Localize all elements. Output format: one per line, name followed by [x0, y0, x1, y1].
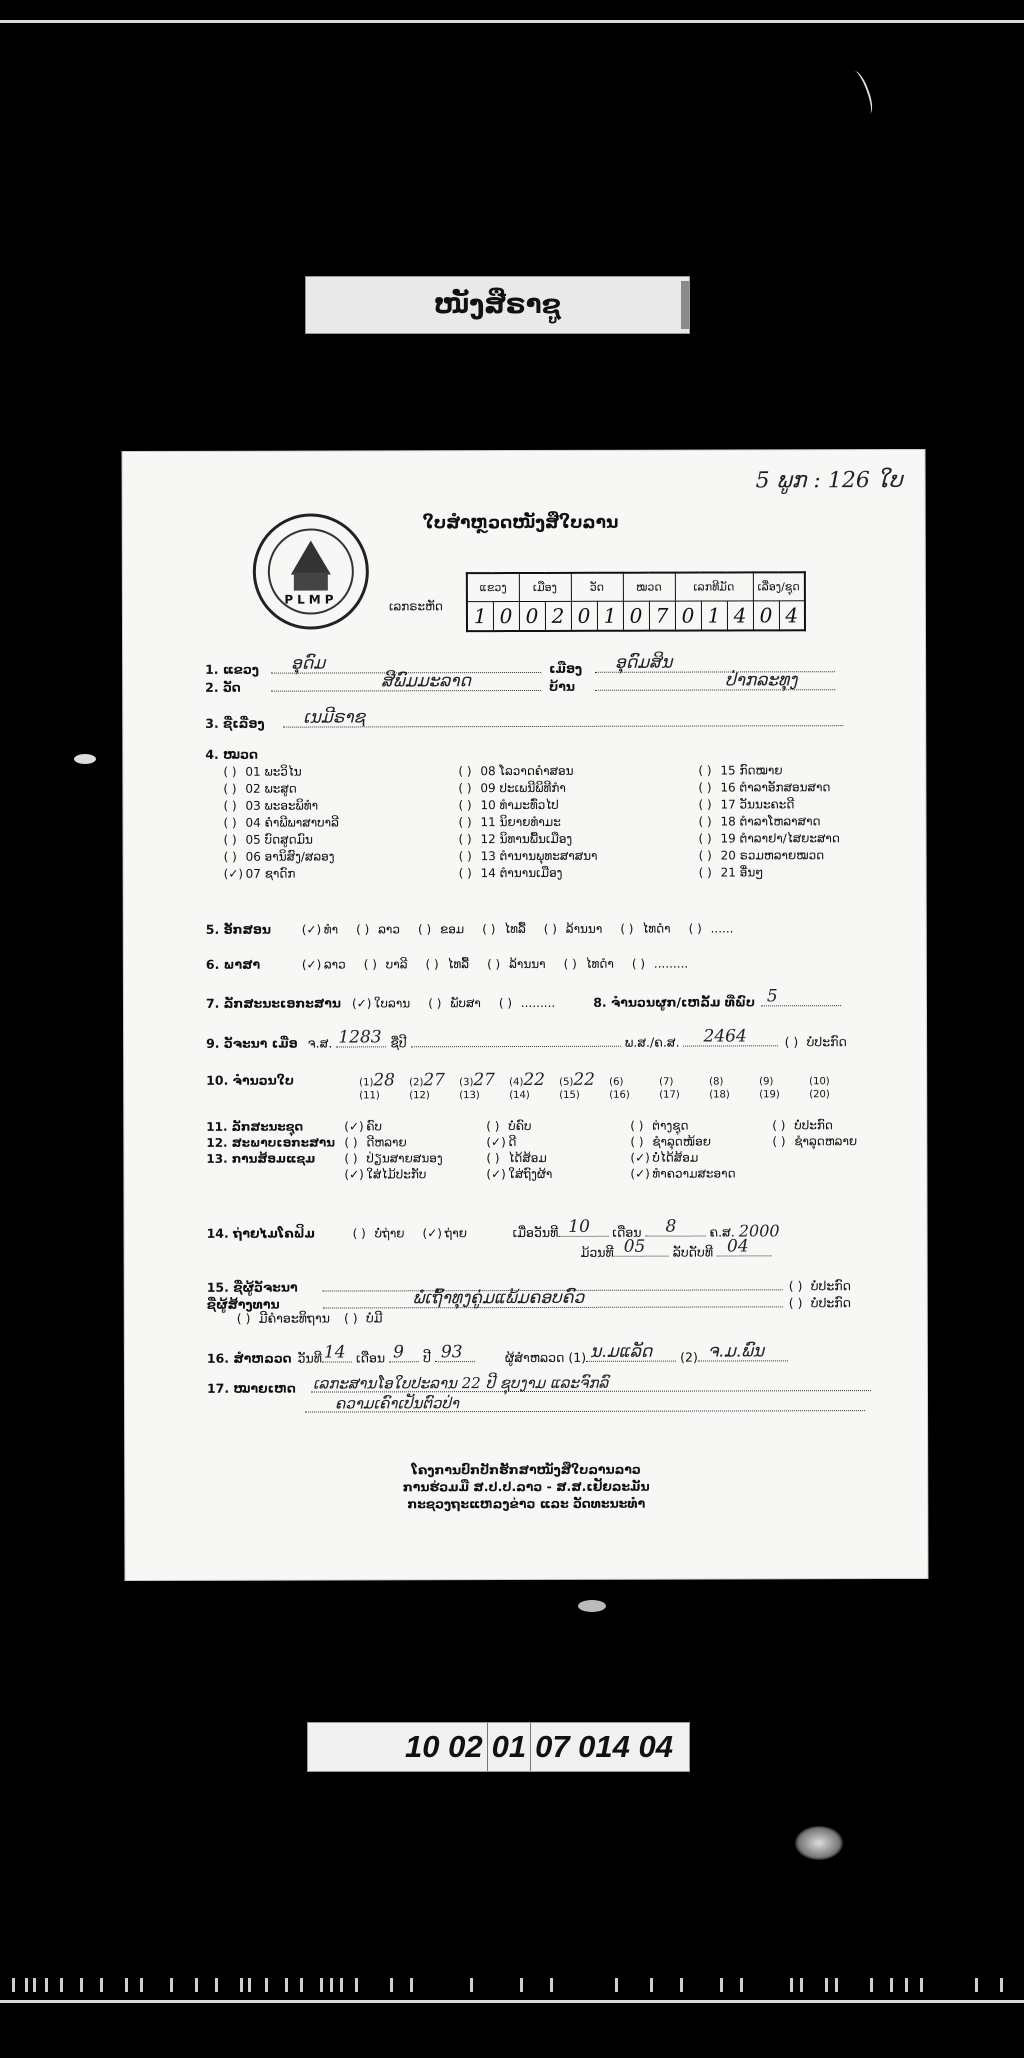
- category-option: 14 ຕຳນານເມືອງ: [459, 866, 699, 881]
- option-label: ບໍ່ຖ່າຍ: [375, 1226, 405, 1240]
- film-sprocket-marks: [0, 1978, 1024, 1998]
- leaf-count-cell: (18): [709, 1089, 759, 1100]
- bundle-number: (3): [459, 1077, 473, 1088]
- leaf-count-value: 22: [573, 1070, 595, 1090]
- roll-label: ມ້ວນທີ: [581, 1245, 614, 1260]
- option: ລາວ: [302, 957, 346, 971]
- category-option-label: 07 ຊາດົກ: [246, 867, 296, 881]
- category-option-label: 15 ກົດໝາຍ: [720, 763, 782, 777]
- survey-month-label: ເດືອນ: [356, 1350, 385, 1365]
- film-speck: [74, 754, 96, 764]
- field-label: 5. ອັກສອນ: [206, 922, 296, 937]
- option: ໄທລື້: [425, 957, 469, 971]
- option-checkbox: [425, 957, 447, 971]
- id-header-cell: ເມືອງ: [519, 573, 571, 601]
- temple-base: [294, 573, 328, 591]
- leaf-count-cell: (13): [459, 1090, 509, 1101]
- id-digit-cell: 0: [675, 601, 701, 631]
- option-label: ລ້ານນາ: [509, 957, 546, 971]
- donor-value: ພໍເຖົ້າທຸງຄູ່ມແພ້ມຄອບຄົວ: [413, 1288, 584, 1308]
- donor-field: ພໍເຖົ້າທຸງຄູ່ມແພ້ມຄອບຄົວ: [323, 1291, 783, 1308]
- category-checkbox: [698, 797, 720, 811]
- leaf-count-cell: (19): [759, 1089, 809, 1100]
- id-digit-cell: 1: [597, 601, 623, 631]
- id-digit-cell: 0: [519, 601, 545, 631]
- option: ພັບສາ: [428, 996, 481, 1010]
- unknown-checkbox: [789, 1295, 811, 1310]
- handwritten-note: 5 ພູກ : 126 ໃບ: [756, 468, 903, 493]
- survey-day-field: 14: [322, 1346, 352, 1362]
- category-option: 06 ອານິສົງ/ສລອງ: [224, 849, 459, 864]
- field-date-row: 9. ວັຈະນາ ເມື່ອ ຈ.ສ. 1283 ຊື່ປີ ພ.ສ./ຄ.ສ…: [206, 1030, 847, 1051]
- bundle-count-field: 5: [761, 990, 841, 1006]
- bundle-number: (4): [509, 1077, 523, 1088]
- option: ບໍ່ຖ່າຍ: [353, 1226, 405, 1240]
- category-option-label: 08 ໂລວາດຄຳສອນ: [480, 764, 573, 778]
- field-remarks-row-2: ຄວາມເຄົາເປັນຕົວປ່າ: [305, 1395, 865, 1412]
- category-option-label: 12 ນິທານພື້ນເມືອງ: [481, 832, 573, 846]
- option-label: ດີ: [508, 1135, 516, 1149]
- bundle-count-value: 5: [767, 986, 778, 1006]
- leaf-count-cell: (20): [809, 1089, 859, 1100]
- option-checkbox: [423, 1226, 445, 1240]
- logo-text: PLMP: [284, 592, 337, 606]
- category-option: 09 ປະເພນີພິທີກຳ: [458, 781, 698, 796]
- sprocket-mark: [340, 1978, 343, 1992]
- option: ລ້ານນາ: [544, 922, 603, 936]
- survey-month-value: 9: [393, 1342, 404, 1362]
- category-checkbox: [458, 764, 480, 778]
- field-microfilm-row: 14. ຖ່າຍໄມໂຄຟິມ ບໍ່ຖ່າຍຖ່າຍ ເມື່ອວັນທີ 1…: [207, 1220, 780, 1242]
- film-dust-blob: [795, 1826, 843, 1860]
- manuscript-title-value: ເນມີຣາຊ: [303, 707, 365, 727]
- bundle-number: (6): [609, 1077, 623, 1088]
- category-checkbox: [458, 781, 480, 795]
- category-option: 08 ໂລວາດຄຳສອນ: [458, 764, 698, 779]
- id-digit-cell: 4: [779, 600, 805, 630]
- option-label: ໄທດຳ: [642, 922, 670, 936]
- option-label: ບໍ່ຄົບ: [508, 1119, 531, 1133]
- unknown-checkbox: [785, 1034, 807, 1049]
- sprocket-mark: [80, 1978, 83, 1992]
- footer-line: ການຮ່ວມມື ສ.ປ.ປ.ລາວ - ສ.ສ.ເຢັຍລະມັນ: [125, 1477, 927, 1496]
- leaf-count-cell: (16): [609, 1090, 659, 1101]
- category-option: 16 ຕຳລາອັກສອນສາດ: [698, 780, 898, 795]
- reel-title-label: ໜັງສືຣາຊູ: [305, 276, 690, 334]
- option: ຊຳລຸດຫລາຍ: [772, 1134, 892, 1148]
- option-checkbox: [630, 1135, 652, 1149]
- option-checkbox: [772, 1134, 794, 1148]
- leaf-count-value: 22: [523, 1070, 545, 1090]
- id-digit-cell: 1: [701, 600, 727, 630]
- category-option-label: 13 ຕຳນານພຸທະສາສນາ: [481, 849, 598, 863]
- reel-title-text: ໜັງສືຣາຊູ: [434, 290, 561, 320]
- logo-inner: PLMP: [268, 528, 354, 614]
- option-checkbox: [356, 922, 378, 936]
- leaf-count-cell: (15): [559, 1090, 609, 1101]
- category-option: 02 ພະສູດ: [223, 781, 458, 796]
- option: .........: [499, 996, 555, 1010]
- id-digit-cell: 1: [467, 601, 493, 631]
- microfilm-options: ບໍ່ຖ່າຍຖ່າຍ: [353, 1225, 513, 1240]
- id-digit-cell: 0: [623, 601, 649, 631]
- category-option-label: 05 ບົດສູດມົນ: [246, 833, 313, 847]
- id-digit-cell: 7: [649, 601, 675, 631]
- option-checkbox: [630, 1119, 652, 1133]
- survey-year-value: 93: [441, 1342, 463, 1362]
- field-label: ເມືອງ: [549, 661, 589, 676]
- sprocket-mark: [870, 1978, 873, 1992]
- survey-day-value: 14: [324, 1342, 346, 1362]
- language-options: ລາວບາລີໄທລື້ລ້ານນາໄທດຳ.........: [302, 956, 706, 972]
- field-label: 8. ຈຳນວນຜູກ/ເຫລັ້ມ ທີ່ພົບ: [593, 994, 755, 1009]
- option-label: ໄທດຳ: [586, 957, 614, 971]
- category-option: 21 ອື່ນໆ: [699, 865, 899, 880]
- temple-field: ສີພົມມະລາດ: [271, 675, 541, 692]
- category-checkbox: [698, 763, 720, 777]
- field-label: 12. ສະພາບເອກະສານ: [206, 1135, 344, 1149]
- survey-day-label: ວັນທີ: [298, 1351, 322, 1366]
- option-checkbox: [632, 957, 654, 971]
- leaf-count-cell: (12): [409, 1090, 459, 1101]
- category-option: 15 ກົດໝາຍ: [698, 763, 898, 778]
- bundle-number: (7): [659, 1077, 673, 1088]
- remarks-line-2: ຄວາມເຄົາເປັນຕົວປ່າ: [305, 1395, 865, 1412]
- leaf-count-cell: (3)27: [459, 1070, 509, 1090]
- option: ທຳ: [302, 922, 338, 936]
- option-checkbox: [344, 1167, 366, 1181]
- survey-year-field: 93: [435, 1346, 475, 1362]
- id-digit-cell: 4: [727, 600, 753, 630]
- field-doctype-row: 7. ລັກສະນະເອກະສານ ໃບລານພັບສາ......... 8.…: [206, 990, 841, 1011]
- reel-id-segment: 07 014 04: [531, 1723, 677, 1771]
- prayer-label: ມີຄຳອະທິຖານ: [259, 1311, 330, 1326]
- option-label: ໃສ່ໄມ້ປະກັບ: [366, 1167, 426, 1181]
- surveyor2-field: ຈ.ມ.ພົນ: [698, 1345, 788, 1361]
- id-header-cell: ເລື່ອງ/ຊຸດ: [753, 572, 805, 600]
- category-checkbox: [224, 833, 246, 847]
- option-label: ລາວ: [324, 957, 346, 971]
- option: ໃບລານ: [352, 996, 410, 1010]
- sprocket-mark: [215, 1978, 218, 1992]
- category-option: 10 ທຳມະທົ່ວໄປ: [458, 798, 698, 813]
- sprocket-mark: [60, 1978, 63, 1992]
- option: ໄທລື້: [482, 922, 526, 936]
- option-label: ຄົບ: [366, 1119, 382, 1133]
- be-year-field: 2464: [684, 1030, 779, 1046]
- option-checkbox: [486, 1151, 508, 1165]
- category-checkbox: [699, 865, 721, 879]
- category-option-label: 06 ອານິສົງ/ສລອງ: [246, 849, 335, 863]
- sprocket-mark: [740, 1978, 743, 1992]
- temple-value: ສີພົມມະລາດ: [381, 671, 471, 691]
- option-checkbox: [428, 996, 450, 1010]
- province-value: ອຸດົມ: [291, 654, 325, 674]
- leaf-count-cell: (10): [809, 1069, 859, 1089]
- no-prayer-label: ບໍ່ມີ: [366, 1310, 383, 1325]
- category-option: 20 ຣວມຫລາຍໝວດ: [699, 848, 899, 863]
- field-label: 2. ວັດ: [205, 680, 265, 695]
- sprocket-mark: [33, 1978, 36, 1992]
- option: .........: [632, 957, 688, 971]
- category-checkbox: [698, 780, 720, 794]
- option-label: ຊຳລຸດຫລາຍ: [794, 1134, 857, 1148]
- sequence-label: ລັບດັບທີ: [673, 1245, 713, 1260]
- option: ບໍ່ປະກົດ: [772, 1118, 892, 1132]
- sequence-value: 04: [727, 1236, 749, 1256]
- option-label: ບາລີ: [386, 957, 408, 971]
- field-survey-row: 16. ສຳຫລວດ ວັນທີ 14 ເດືອນ 9 ປີ 93 ຜູ້ສຳຫ…: [207, 1345, 788, 1366]
- leaf-count-cell: (8): [709, 1069, 759, 1089]
- sprocket-mark: [520, 1978, 523, 1992]
- sprocket-mark: [320, 1978, 323, 1992]
- id-digit-cell: 0: [753, 600, 779, 630]
- sprocket-mark: [45, 1978, 48, 1992]
- film-day-value: 10: [568, 1217, 590, 1237]
- field-category-row: 4. ໝວດ: [205, 747, 264, 762]
- category-checkbox: [223, 765, 245, 779]
- field-title-row: 3. ຊື່ເລື່ອງ ເນມີຣາຊ: [205, 710, 843, 731]
- surveyor2-value: ຈ.ມ.ພົນ: [708, 1341, 764, 1361]
- leaf-count-cell: (11): [359, 1090, 409, 1101]
- sprocket-mark: [12, 1978, 15, 1992]
- cs-year-field: 1283: [336, 1031, 386, 1047]
- option-checkbox: [353, 1226, 375, 1240]
- zodiac-label: ຊື່ປີ: [390, 1035, 406, 1050]
- category-option: 04 ຄຳພີພາສາບາລີ: [223, 815, 458, 830]
- id-digit-row: 1002010701404: [467, 600, 805, 631]
- category-checkbox: [699, 848, 721, 862]
- field-donor-row: ຊື່ຜູ້ສ້າງທານ ພໍເຖົ້າທຸງຄູ່ມແພ້ມຄອບຄົວ ບ…: [207, 1291, 851, 1312]
- option-label: ໃບລານ: [374, 996, 410, 1010]
- id-header-cell: ແຂວງ: [467, 573, 519, 601]
- category-checkbox: [699, 831, 721, 845]
- option-label: ໄທລື້: [504, 922, 526, 936]
- doctype-options: ໃບລານພັບສາ.........: [352, 995, 573, 1011]
- form-title: ໃບສຳຫຼວດໜັງສືໃບລານ: [423, 513, 619, 534]
- option-checkbox: [302, 923, 324, 937]
- field-label: 9. ວັຈະນາ ເມື່ອ: [206, 1036, 298, 1051]
- sprocket-mark: [825, 1978, 828, 1992]
- option-checkbox: [544, 922, 566, 936]
- field-label: 6. ພາສາ: [206, 957, 296, 972]
- sprocket-mark: [355, 1978, 358, 1992]
- id-digit-cell: 0: [493, 601, 519, 631]
- sequence-field: 04: [717, 1240, 772, 1256]
- option-checkbox: [486, 1135, 508, 1149]
- be-era-label: ພ.ສ./ຄ.ສ.: [625, 1035, 680, 1050]
- category-option: 07 ຊາດົກ: [224, 866, 459, 881]
- category-option-label: 09 ປະເພນີພິທີກຳ: [480, 781, 565, 795]
- leaf-count-cell: (1)28: [359, 1070, 409, 1090]
- option-checkbox: [564, 957, 586, 971]
- field-prayer-row: ມີຄຳອະທິຖານ ບໍ່ມີ: [237, 1310, 383, 1325]
- field-label: 7. ລັກສະນະເອກະສານ: [206, 995, 346, 1010]
- survey-month-field: 9: [389, 1346, 419, 1362]
- reel-id-segment: 10 02: [401, 1723, 488, 1771]
- option-checkbox: [344, 1151, 366, 1165]
- form-footer: ໂຄງການປົກປັກຮັກສາໜັງສືໃບລານລາວ ການຮ່ວມມື…: [125, 1460, 927, 1513]
- field-script-row: 5. ອັກສອນ ທຳລາວຂອມໄທລື້ລ້ານນາໄທດຳ......: [206, 920, 752, 936]
- option-label: ໃສ່ຖົງຜ້າ: [508, 1167, 552, 1181]
- option: ບໍ່ໄດ້ສ້ອມ: [630, 1150, 772, 1164]
- leaf-count-value: 28: [373, 1070, 395, 1090]
- sprocket-mark: [920, 1978, 923, 1992]
- field-label: 4. ໝວດ: [205, 747, 258, 762]
- field-temple-row: 2. ວັດ ສີພົມມະລາດ ບ້ານ ປ່າກລະທຸງ: [205, 674, 835, 695]
- sprocket-mark: [680, 1978, 683, 1992]
- option-checkbox: [689, 922, 711, 936]
- option: ລ້ານນາ: [487, 957, 546, 971]
- bundle-number: (10): [809, 1076, 830, 1087]
- option-checkbox: [486, 1167, 508, 1181]
- bundle-number: (2): [409, 1077, 423, 1088]
- option-checkbox: [352, 996, 374, 1010]
- category-checkbox: [458, 798, 480, 812]
- category-option-label: 19 ຕຳລາຢາ/ໄສຍະສາດ: [721, 831, 840, 845]
- category-option-label: 01 ພະວິໄນ: [245, 765, 301, 779]
- sprocket-mark: [1000, 1978, 1003, 1992]
- option-label: ລາວ: [378, 922, 400, 936]
- category-option: 03 ພະອະພິທຳ: [223, 798, 458, 813]
- option-label: ໄດ້ສ້ອມ: [508, 1151, 546, 1165]
- option-label: ......: [711, 921, 734, 935]
- village-value: ປ່າກລະທຸງ: [725, 670, 797, 690]
- field-label: 14. ຖ່າຍໄມໂຄຟິມ: [207, 1225, 347, 1240]
- option-checkbox: [620, 922, 642, 936]
- category-option-label: 11 ນິຍາຍທຳມະ: [480, 815, 560, 829]
- sprocket-mark: [615, 1978, 618, 1992]
- leaf-count-cell: (4)22: [509, 1070, 559, 1090]
- bundle-number: (9): [759, 1076, 773, 1087]
- field-label: 11. ລັກສະນະຊຸດ: [206, 1119, 344, 1133]
- sprocket-mark: [650, 1978, 653, 1992]
- film-top-edge: [0, 20, 1024, 23]
- cs-year-value: 1283: [338, 1027, 381, 1047]
- film-speck: [578, 1600, 606, 1612]
- roll-value: 05: [624, 1237, 646, 1257]
- option: ຂອມ: [418, 922, 464, 936]
- option: ໄທດຳ: [620, 922, 670, 936]
- bundle-number: (5): [559, 1077, 573, 1088]
- category-checkbox: [223, 782, 245, 796]
- sprocket-mark: [285, 1978, 288, 1992]
- category-checkbox: [459, 832, 481, 846]
- footer-line: ໂຄງການປົກປັກຮັກສາໜັງສືໃບລານລາວ: [125, 1460, 927, 1479]
- sprocket-mark: [905, 1978, 908, 1992]
- field-label: 17. ໝາຍເຫດ: [207, 1381, 305, 1396]
- leaf-count-grid: (1)28(2)27(3)27(4)22(5)22(6)(7)(8)(9)(10…: [359, 1069, 859, 1101]
- leaf-count-cell: (17): [659, 1090, 709, 1101]
- prayer-checkbox: [237, 1311, 259, 1326]
- option-label: ບໍ່ປະກົດ: [794, 1118, 833, 1132]
- leaf-count-cell: (14): [509, 1090, 559, 1101]
- field-label: 16. ສຳຫລວດ: [207, 1351, 292, 1366]
- plmp-logo-icon: PLMP: [253, 513, 369, 629]
- sprocket-mark: [800, 1978, 803, 1992]
- sprocket-mark: [390, 1978, 393, 1992]
- surveyor-no: (2): [680, 1350, 698, 1365]
- category-checkbox: [224, 867, 246, 881]
- remarks-value-1: ເລກະສານໂອໃບປະລານ 22 ປີ ຊຸບງາມ ແລະຈົກລົ: [313, 1374, 608, 1393]
- field-label: 1. ແຂວງ: [205, 662, 265, 677]
- sprocket-mark: [248, 1978, 251, 1992]
- option: ໃສ່ໄມ້ປະກັບ: [344, 1167, 486, 1181]
- leaf-count-cell: (5)22: [559, 1070, 609, 1090]
- film-month-field: 8: [645, 1221, 705, 1237]
- option: ປ່ຽນສາຍສນອງ: [344, 1151, 486, 1165]
- option: ຄົບ: [344, 1119, 486, 1133]
- leaf-count-value: 27: [473, 1070, 495, 1090]
- option-label: ບໍ່ໄດ້ສ້ອມ: [652, 1151, 698, 1165]
- zodiac-field: [411, 1031, 621, 1048]
- field-label: ຊື່ຜູ້ສ້າງທານ: [207, 1297, 317, 1312]
- category-option: 17 ວັນນະຄະດີ: [698, 797, 898, 812]
- option: ຕ່າງຊຸດ: [630, 1118, 772, 1132]
- reel-id-label: 10 02 01 07 014 04: [307, 1722, 690, 1772]
- option: ຖ່າຍ: [423, 1226, 468, 1240]
- sprocket-mark: [240, 1978, 243, 1992]
- ref-code-label: ເລກຣະຫັດ: [389, 599, 443, 613]
- option: ດີ: [486, 1135, 630, 1149]
- id-header-row: ແຂວງເມືອງວັດໝວດເລກທີມັດເລື່ອງ/ຊຸດ: [467, 572, 805, 601]
- field-remarks-row: 17. ໝາຍເຫດ ເລກະສານໂອໃບປະລານ 22 ປີ ຊຸບງາມ…: [207, 1375, 871, 1396]
- option-label: ຊຳລຸດໜ້ອຍ: [652, 1135, 711, 1149]
- option-label: ຂອມ: [440, 922, 464, 936]
- surveyor1-value: ນ.ມແລັດ: [590, 1342, 652, 1362]
- option: ໄດ້ສ້ອມ: [486, 1151, 630, 1165]
- sprocket-mark: [550, 1978, 553, 1992]
- field-leaves-row: 10. ຈຳນວນໃບ: [206, 1073, 300, 1088]
- option-checkbox: [630, 1167, 652, 1181]
- category-option: 12 ນິທານພື້ນເມືອງ: [459, 832, 699, 847]
- option-label: ພັບສາ: [450, 996, 481, 1010]
- field-label: 13. ການສ້ອມແຊມ: [206, 1151, 344, 1165]
- id-header-cell: ໝວດ: [623, 573, 675, 601]
- category-checkbox: [459, 849, 481, 863]
- option-label: ໄທລື້: [447, 957, 469, 971]
- id-code-table: ແຂວງເມືອງວັດໝວດເລກທີມັດເລື່ອງ/ຊຸດ 100201…: [466, 571, 806, 632]
- be-year-value: 2464: [704, 1026, 747, 1046]
- manuscript-title-field: ເນມີຣາຊ: [283, 710, 843, 727]
- category-option-label: 17 ວັນນະຄະດີ: [720, 797, 794, 811]
- option: ໄທດຳ: [564, 957, 614, 971]
- category-checkbox: [458, 815, 480, 829]
- bundle-number: (1): [359, 1077, 373, 1088]
- category-checkbox: [224, 850, 246, 864]
- sprocket-mark: [790, 1978, 793, 1992]
- sprocket-mark: [300, 1978, 303, 1992]
- option-checkbox: [418, 922, 440, 936]
- category-option-label: 20 ຣວມຫລາຍໝວດ: [721, 848, 825, 862]
- category-options: 01 ພະວິໄນ08 ໂລວາດຄຳສອນ15 ກົດໝາຍ02 ພະສູດ0…: [223, 763, 898, 881]
- category-option-label: 02 ພະສູດ: [245, 782, 296, 796]
- option-checkbox: [772, 1118, 794, 1132]
- survey-form-page: 5 ພູກ : 126 ໃບ PLMP ໃບສຳຫຼວດໜັງສືໃບລານ ເ…: [123, 450, 928, 1580]
- option-checkbox: [344, 1119, 366, 1133]
- option-checkbox: [486, 1119, 508, 1133]
- id-header-cell: ວັດ: [571, 573, 623, 601]
- category-option-label: 18 ຕຳລາໂຫລາສາດ: [720, 814, 820, 828]
- script-options: ທຳລາວຂອມໄທລື້ລ້ານນາໄທດຳ......: [302, 920, 752, 936]
- surveyors-label: ຜູ້ສຳຫລວດ: [505, 1350, 565, 1365]
- spacer: [772, 1150, 892, 1164]
- category-option: 05 ບົດສູດມົນ: [224, 832, 459, 847]
- surveyor-no: (1): [568, 1350, 586, 1365]
- reel-id-segment: 01: [488, 1723, 531, 1771]
- sprocket-mark: [265, 1978, 268, 1992]
- option-label: .........: [521, 996, 555, 1010]
